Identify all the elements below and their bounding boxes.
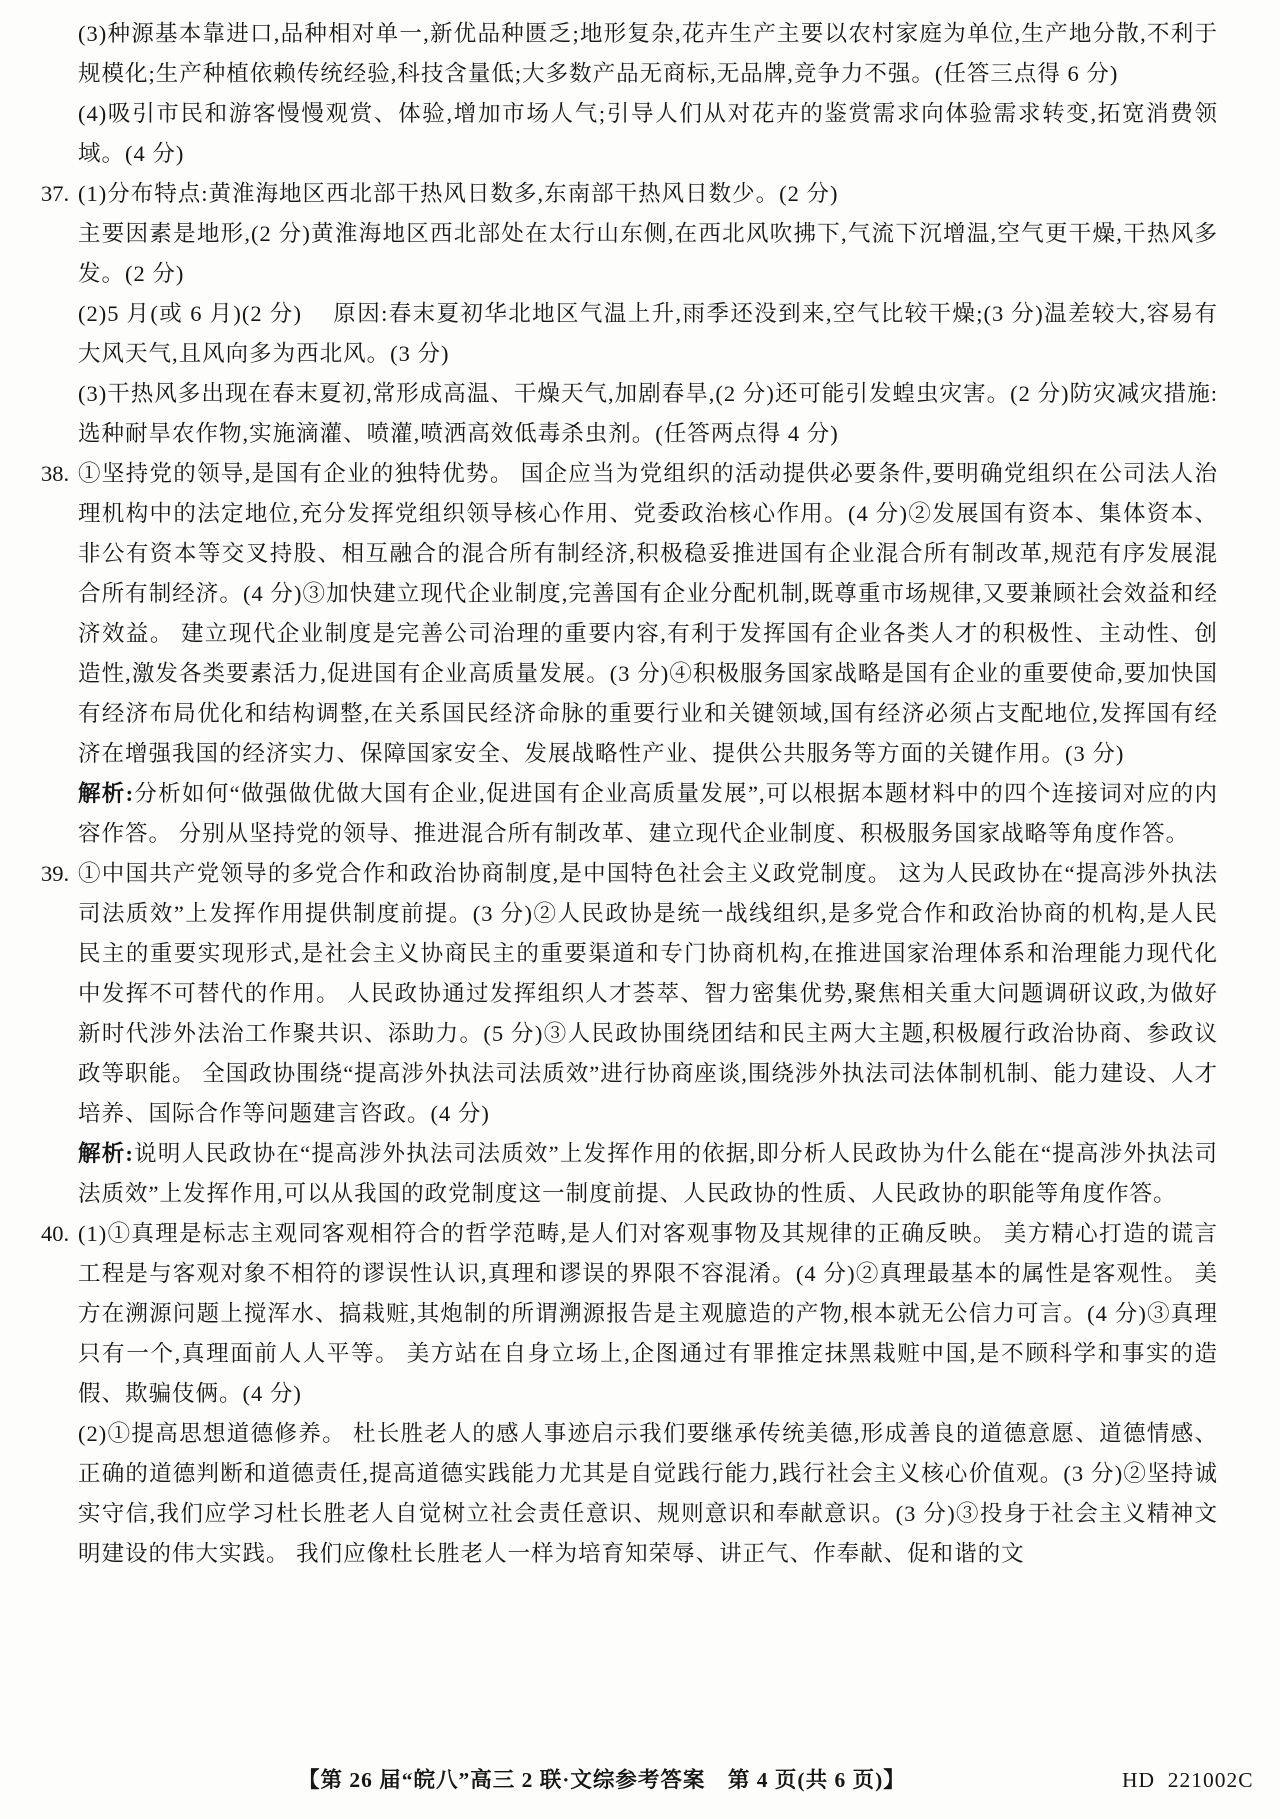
question-39-answer-block: 39. ①中国共产党领导的多党合作和政治协商制度,是中国特色社会主义政党制度。 … <box>78 854 1218 1214</box>
footer-print-code: HD 221002C <box>1122 1760 1254 1800</box>
answer-paragraph: (2)①提高思想道德修养。 杜长胜老人的感人事迹启示我们要继承传统美德,形成善良… <box>78 1414 1218 1574</box>
paragraph-text: (1)①真理是标志主观同客观相符合的哲学范畴,是人们对客观事物及其规律的正确反映… <box>78 1221 1218 1406</box>
paragraph-text: 主要因素是地形,(2 分)黄淮海地区西北部处在太行山东侧,在西北风吹拂下,气流下… <box>78 221 1218 286</box>
paragraph-text: 说明人民政协在“提高涉外执法司法质效”上发挥作用的依据,即分析人民政协为什么能在… <box>78 1141 1218 1206</box>
analysis-paragraph: 解析:说明人民政协在“提高涉外执法司法质效”上发挥作用的依据,即分析人民政协为什… <box>78 1134 1218 1214</box>
question-36-answer-block: (3)种源基本靠进口,品种相对单一,新优品种匮乏;地形复杂,花卉生产主要以农村家… <box>78 14 1218 174</box>
exam-answer-page: (3)种源基本靠进口,品种相对单一,新优品种匮乏;地形复杂,花卉生产主要以农村家… <box>0 0 1280 1819</box>
analysis-label: 解析: <box>78 781 134 806</box>
question-number: 38. <box>41 454 69 494</box>
answer-paragraph: ①中国共产党领导的多党合作和政治协商制度,是中国特色社会主义政党制度。 这为人民… <box>78 854 1218 1134</box>
footer-exam-title: 【第 26 届“皖八”高三 2 联·文综参考答案 第 4 页(共 6 页)】 <box>298 1760 906 1800</box>
paragraph-text: (2)①提高思想道德修养。 杜长胜老人的感人事迹启示我们要继承传统美德,形成善良… <box>78 1421 1218 1566</box>
answer-paragraph: 主要因素是地形,(2 分)黄淮海地区西北部处在太行山东侧,在西北风吹拂下,气流下… <box>78 214 1218 294</box>
analysis-paragraph: 解析:分析如何“做强做优做大国有企业,促进国有企业高质量发展”,可以根据本题材料… <box>78 774 1218 854</box>
answer-paragraph: (2)5 月(或 6 月)(2 分) 原因:春末夏初华北地区气温上升,雨季还没到… <box>78 294 1218 374</box>
question-40-answer-block: 40. (1)①真理是标志主观同客观相符合的哲学范畴,是人们对客观事物及其规律的… <box>78 1214 1218 1574</box>
question-number: 39. <box>41 854 69 894</box>
answer-paragraph: (4)吸引市民和游客慢慢观赏、体验,增加市场人气;引导人们从对花卉的鉴赏需求向体… <box>78 94 1218 174</box>
paragraph-text: (4)吸引市民和游客慢慢观赏、体验,增加市场人气;引导人们从对花卉的鉴赏需求向体… <box>78 101 1218 166</box>
paragraph-text: (2)5 月(或 6 月)(2 分) 原因:春末夏初华北地区气温上升,雨季还没到… <box>78 301 1218 366</box>
answer-paragraph: (1)①真理是标志主观同客观相符合的哲学范畴,是人们对客观事物及其规律的正确反映… <box>78 1214 1218 1414</box>
paragraph-text: (3)种源基本靠进口,品种相对单一,新优品种匮乏;地形复杂,花卉生产主要以农村家… <box>78 21 1218 86</box>
answer-paragraph: ①坚持党的领导,是国有企业的独特优势。 国企应当为党组织的活动提供必要条件,要明… <box>78 454 1218 774</box>
paragraph-text: ①坚持党的领导,是国有企业的独特优势。 国企应当为党组织的活动提供必要条件,要明… <box>78 461 1218 766</box>
question-37-answer-block: 37. (1)分布特点:黄淮海地区西北部干热风日数多,东南部干热风日数少。(2 … <box>78 174 1218 454</box>
question-38-answer-block: 38. ①坚持党的领导,是国有企业的独特优势。 国企应当为党组织的活动提供必要条… <box>78 454 1218 854</box>
paragraph-text: ①中国共产党领导的多党合作和政治协商制度,是中国特色社会主义政党制度。 这为人民… <box>78 861 1218 1126</box>
answer-paragraph: (3)种源基本靠进口,品种相对单一,新优品种匮乏;地形复杂,花卉生产主要以农村家… <box>78 14 1218 94</box>
answers-content: (3)种源基本靠进口,品种相对单一,新优品种匮乏;地形复杂,花卉生产主要以农村家… <box>78 14 1218 1574</box>
question-number: 37. <box>41 174 69 214</box>
answer-paragraph: (1)分布特点:黄淮海地区西北部干热风日数多,东南部干热风日数少。(2 分) <box>78 174 1218 214</box>
answer-paragraph: (3)干热风多出现在春末夏初,常形成高温、干燥天气,加剧春旱,(2 分)还可能引… <box>78 374 1218 454</box>
paragraph-text: (1)分布特点:黄淮海地区西北部干热风日数多,东南部干热风日数少。(2 分) <box>78 181 838 206</box>
analysis-label: 解析: <box>78 1141 134 1166</box>
question-number: 40. <box>41 1214 69 1254</box>
paragraph-text: 分析如何“做强做优做大国有企业,促进国有企业高质量发展”,可以根据本题材料中的四… <box>78 781 1218 846</box>
page-footer: 【第 26 届“皖八”高三 2 联·文综参考答案 第 4 页(共 6 页)】 H… <box>0 1760 1280 1800</box>
paragraph-text: (3)干热风多出现在春末夏初,常形成高温、干燥天气,加剧春旱,(2 分)还可能引… <box>78 381 1218 446</box>
